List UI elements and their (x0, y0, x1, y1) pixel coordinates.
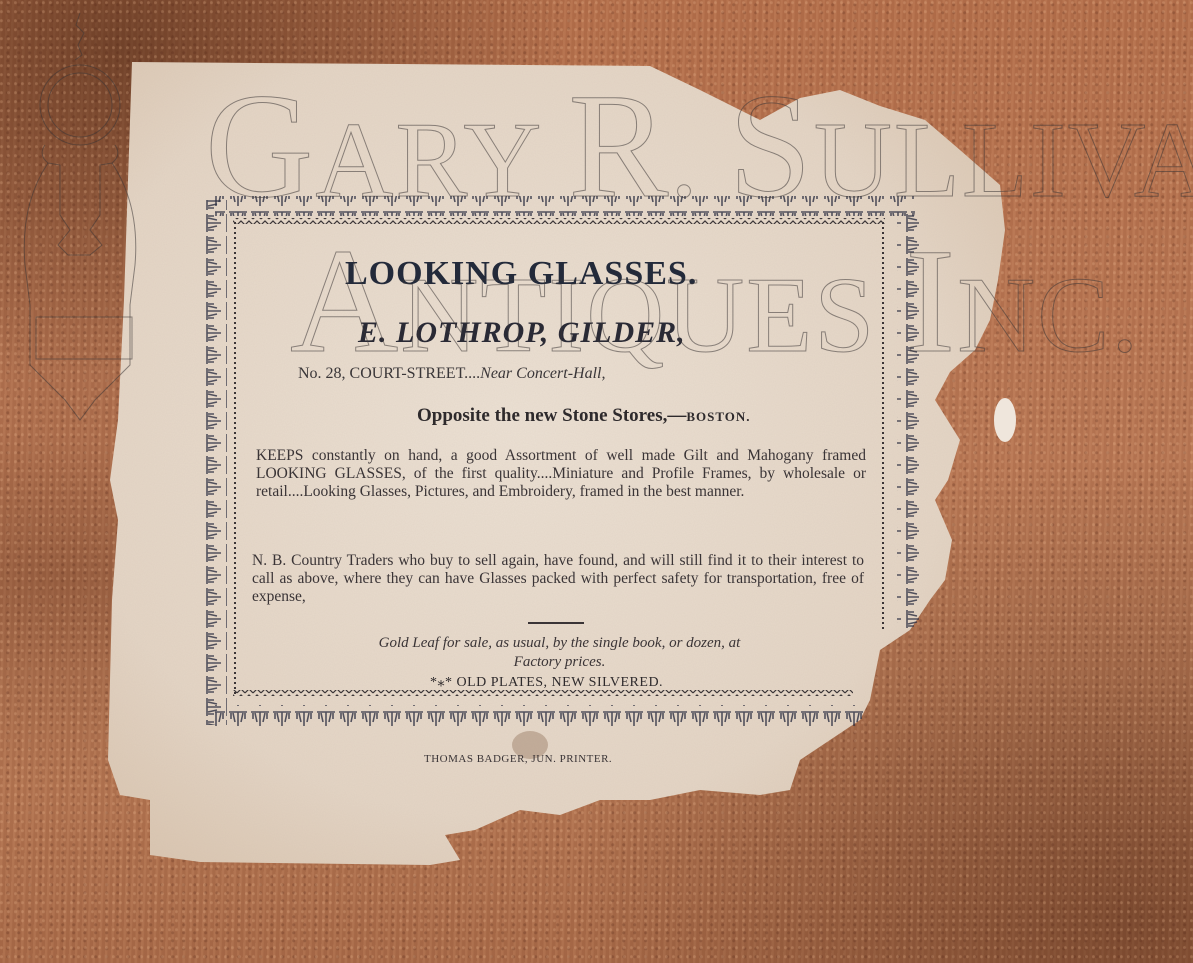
printer-credit: THOMAS BADGER, JUN. PRINTER. (424, 753, 612, 765)
asterism-icon: *⁎* (430, 675, 453, 690)
description-paragraph: KEEPS constantly on hand, a good Assortm… (256, 447, 866, 501)
gold-leaf-notice: Gold Leaf for sale, as usual, by the sin… (322, 634, 797, 672)
old-plates-notice: *⁎* OLD PLATES, NEW SILVERED. (430, 674, 663, 691)
photo-canvas: { "label": { "title": "LOOKING GLASSES."… (0, 0, 1193, 963)
location-text: Opposite the new Stone Stores,— (417, 405, 686, 426)
gold-leaf-line-1: Gold Leaf for sale, as usual, by the sin… (322, 634, 797, 653)
label-title: LOOKING GLASSES. (345, 255, 697, 293)
divider-rule (528, 622, 584, 624)
clock-outline-icon (10, 5, 140, 425)
proprietor-name: E. LOTHROP, GILDER, (358, 316, 686, 350)
location-city: BOSTON. (686, 409, 750, 424)
address-street: No. 28, COURT-STREET.... (298, 365, 480, 382)
nota-bene-paragraph: N. B. Country Traders who buy to sell ag… (252, 552, 864, 606)
location-line: Opposite the new Stone Stores,—BOSTON. (417, 405, 751, 427)
gold-leaf-line-2: Factory prices. (322, 653, 797, 672)
address-line: No. 28, COURT-STREET....Near Concert-Hal… (298, 365, 605, 383)
old-plates-text: OLD PLATES, NEW SILVERED. (457, 675, 664, 690)
address-landmark: Near Concert-Hall, (480, 365, 605, 382)
